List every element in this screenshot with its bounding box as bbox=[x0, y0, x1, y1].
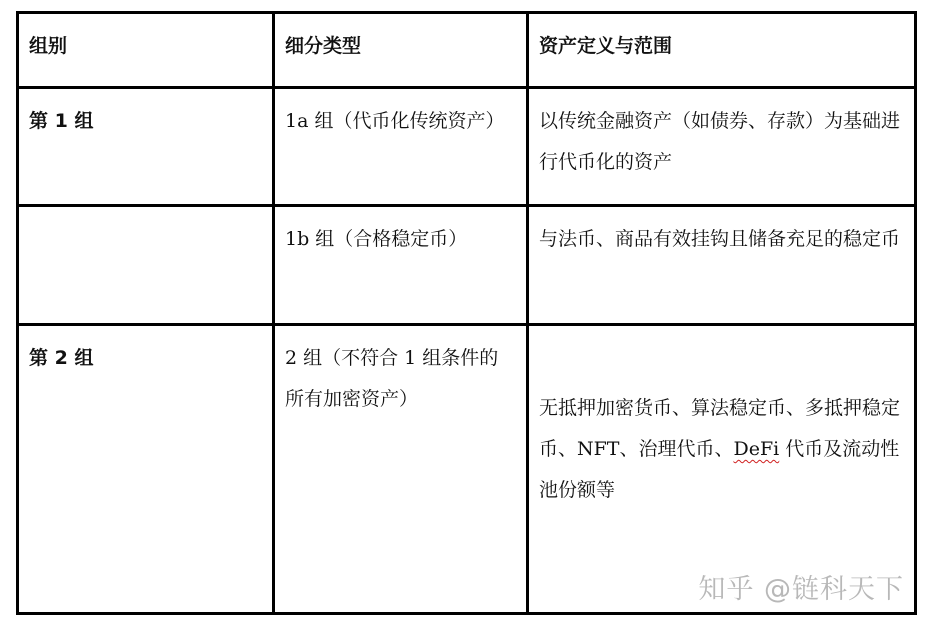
row-subtype: 1b 组（合格稳定币） bbox=[272, 207, 526, 323]
row-group bbox=[19, 207, 272, 323]
row-definition: 以传统金融资产（如债券、存款）为基础进行代币化的资产 bbox=[526, 89, 914, 204]
row-subtype: 2 组（不符合 1 组条件的所有加密资产） bbox=[272, 326, 526, 612]
table-header-row: 组别 细分类型 资产定义与范围 bbox=[19, 14, 914, 86]
row-definition: 与法币、商品有效挂钩且储备充足的稳定币 bbox=[526, 207, 914, 323]
spellcheck-flagged-word: DeFi bbox=[733, 438, 779, 460]
header-group: 组别 bbox=[19, 14, 272, 86]
table-row: 1b 组（合格稳定币） 与法币、商品有效挂钩且储备充足的稳定币 bbox=[19, 204, 914, 323]
row-subtype: 1a 组（代币化传统资产） bbox=[272, 89, 526, 204]
header-definition: 资产定义与范围 bbox=[526, 14, 914, 86]
crypto-asset-classification-table: 组别 细分类型 资产定义与范围 第 1 组 1a 组（代币化传统资产） 以传统金… bbox=[16, 11, 917, 615]
row-group: 第 2 组 bbox=[19, 326, 272, 612]
watermark: 知乎 @链科天下 bbox=[698, 567, 904, 606]
header-subtype: 细分类型 bbox=[272, 14, 526, 86]
row-group: 第 1 组 bbox=[19, 89, 272, 204]
table-row: 第 1 组 1a 组（代币化传统资产） 以传统金融资产（如债券、存款）为基础进行… bbox=[19, 86, 914, 204]
